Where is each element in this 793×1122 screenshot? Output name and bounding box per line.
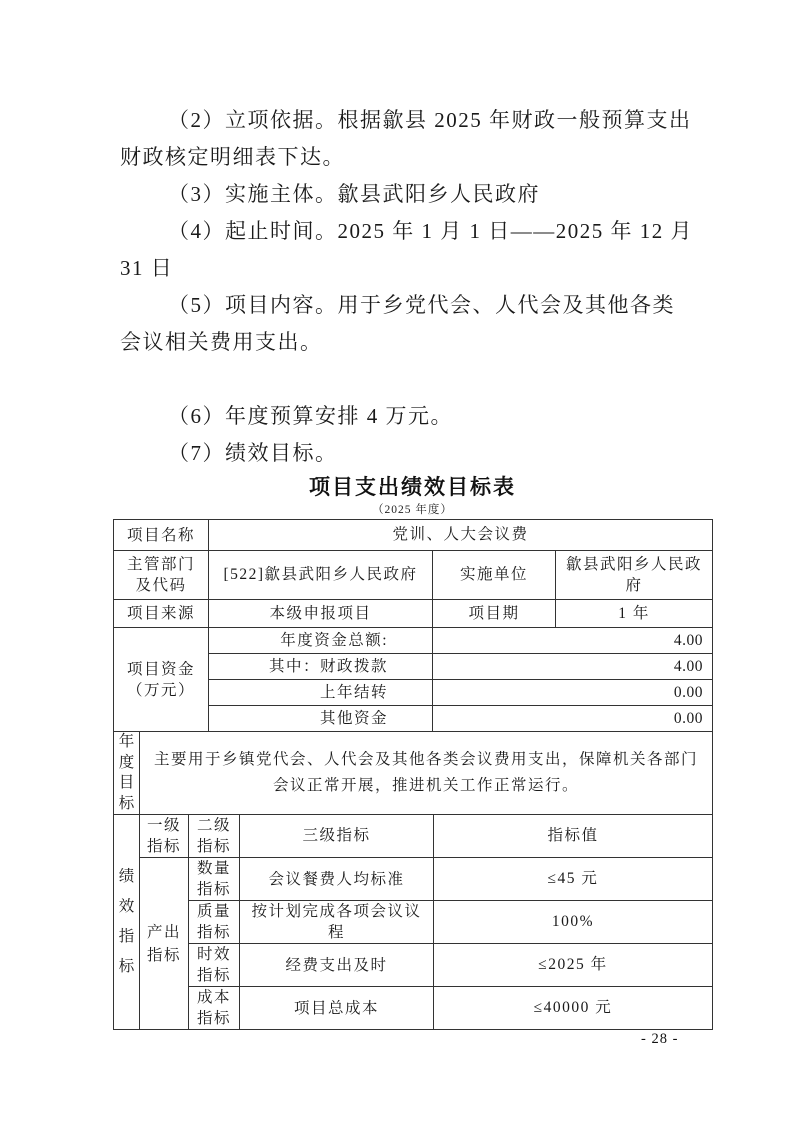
para-7-line-1: （7）绩效目标。 — [120, 435, 695, 472]
dept-value: [522]歙县武阳乡人民政府 — [209, 551, 433, 600]
fund-row-fiscal-value: 4.00 — [433, 654, 713, 680]
annual-goal-table: 年度目标 主要用于乡镇党代会、人代会及其他各类会议费用支出，保障机关各部门会议正… — [113, 731, 713, 815]
fund-row-total-value: 4.00 — [433, 628, 713, 654]
timeliness-indicator-value: ≤2025 年 — [434, 944, 713, 987]
timeliness-indicator-name: 经费支出及时 — [240, 944, 434, 987]
annual-goal-text: 主要用于乡镇党代会、人代会及其他各类会议费用支出，保障机关各部门会议正常开展，推… — [140, 732, 713, 815]
para-5-line-2: 会议相关费用支出。 — [120, 324, 695, 361]
quality-indicator-label: 质量指标 — [189, 901, 240, 944]
level3-header: 三级指标 — [240, 815, 434, 858]
value-header: 指标值 — [434, 815, 713, 858]
annual-goal-label: 年度目标 — [114, 732, 140, 815]
level2-header: 二级指标 — [189, 815, 240, 858]
funds-label: 项目资金（万元） — [114, 628, 209, 732]
body-text-block: （2）立项依据。根据歙县 2025 年财政一般预算支出 财政核定明细表下达。 （… — [120, 102, 695, 472]
blank-line — [120, 361, 695, 398]
quality-indicator-name: 按计划完成各项会议议程 — [240, 901, 434, 944]
fund-row-other-label: 其他资金 — [209, 706, 433, 732]
source-value: 本级申报项目 — [209, 600, 433, 628]
impl-unit-value: 歙县武阳乡人民政府 — [556, 551, 713, 600]
cost-indicator-name: 项目总成本 — [240, 987, 434, 1030]
para-2-line-2: 财政核定明细表下达。 — [120, 139, 695, 176]
fund-row-fiscal-label: 其中：财政拨款 — [209, 654, 433, 680]
page-number: - 28 - — [641, 1031, 678, 1048]
cost-indicator-label: 成本指标 — [189, 987, 240, 1030]
fund-row-total-label: 年度资金总额: — [209, 628, 433, 654]
dept-label: 主管部门及代码 — [114, 551, 209, 600]
info-table: 项目名称 党训、人大会议费 主管部门及代码 [522]歙县武阳乡人民政府 实施单… — [113, 519, 713, 732]
performance-target-table: 项目名称 党训、人大会议费 主管部门及代码 [522]歙县武阳乡人民政府 实施单… — [113, 519, 712, 1030]
timeliness-indicator-label: 时效指标 — [189, 944, 240, 987]
performance-label: 绩效指标 — [114, 815, 140, 1030]
project-name-value: 党训、人大会议费 — [209, 520, 713, 551]
para-4-line-2: 31 日 — [120, 250, 695, 287]
cost-indicator-value: ≤40000 元 — [434, 987, 713, 1030]
quantity-indicator-value: ≤45 元 — [434, 858, 713, 901]
quantity-indicator-label: 数量指标 — [189, 858, 240, 901]
period-label: 项目期 — [433, 600, 556, 628]
para-5-line-1: （5）项目内容。用于乡党代会、人代会及其他各类 — [120, 287, 695, 324]
fund-row-other-value: 0.00 — [433, 706, 713, 732]
quality-indicator-value: 100% — [434, 901, 713, 944]
fund-row-carryover-label: 上年结转 — [209, 680, 433, 706]
fund-row-carryover-value: 0.00 — [433, 680, 713, 706]
project-name-label: 项目名称 — [114, 520, 209, 551]
level1-header: 一级指标 — [140, 815, 189, 858]
para-2-line-1: （2）立项依据。根据歙县 2025 年财政一般预算支出 — [120, 102, 695, 139]
table-subtitle: （2025 年度） — [113, 501, 712, 517]
document-page: （2）立项依据。根据歙县 2025 年财政一般预算支出 财政核定明细表下达。 （… — [0, 0, 793, 1122]
para-6-line-1: （6）年度预算安排 4 万元。 — [120, 398, 695, 435]
performance-indicators-table: 绩效指标 一级指标 二级指标 三级指标 指标值 产出指标 数量指标 会议餐费人均… — [113, 814, 713, 1030]
quantity-indicator-name: 会议餐费人均标准 — [240, 858, 434, 901]
para-4-line-1: （4）起止时间。2025 年 1 月 1 日——2025 年 12 月 — [120, 213, 695, 250]
table-title: 项目支出绩效目标表 — [113, 471, 712, 501]
para-3-line-1: （3）实施主体。歙县武阳乡人民政府 — [120, 176, 695, 213]
source-label: 项目来源 — [114, 600, 209, 628]
output-group-label: 产出指标 — [140, 858, 189, 1030]
period-value: 1 年 — [556, 600, 713, 628]
impl-unit-label: 实施单位 — [433, 551, 556, 600]
